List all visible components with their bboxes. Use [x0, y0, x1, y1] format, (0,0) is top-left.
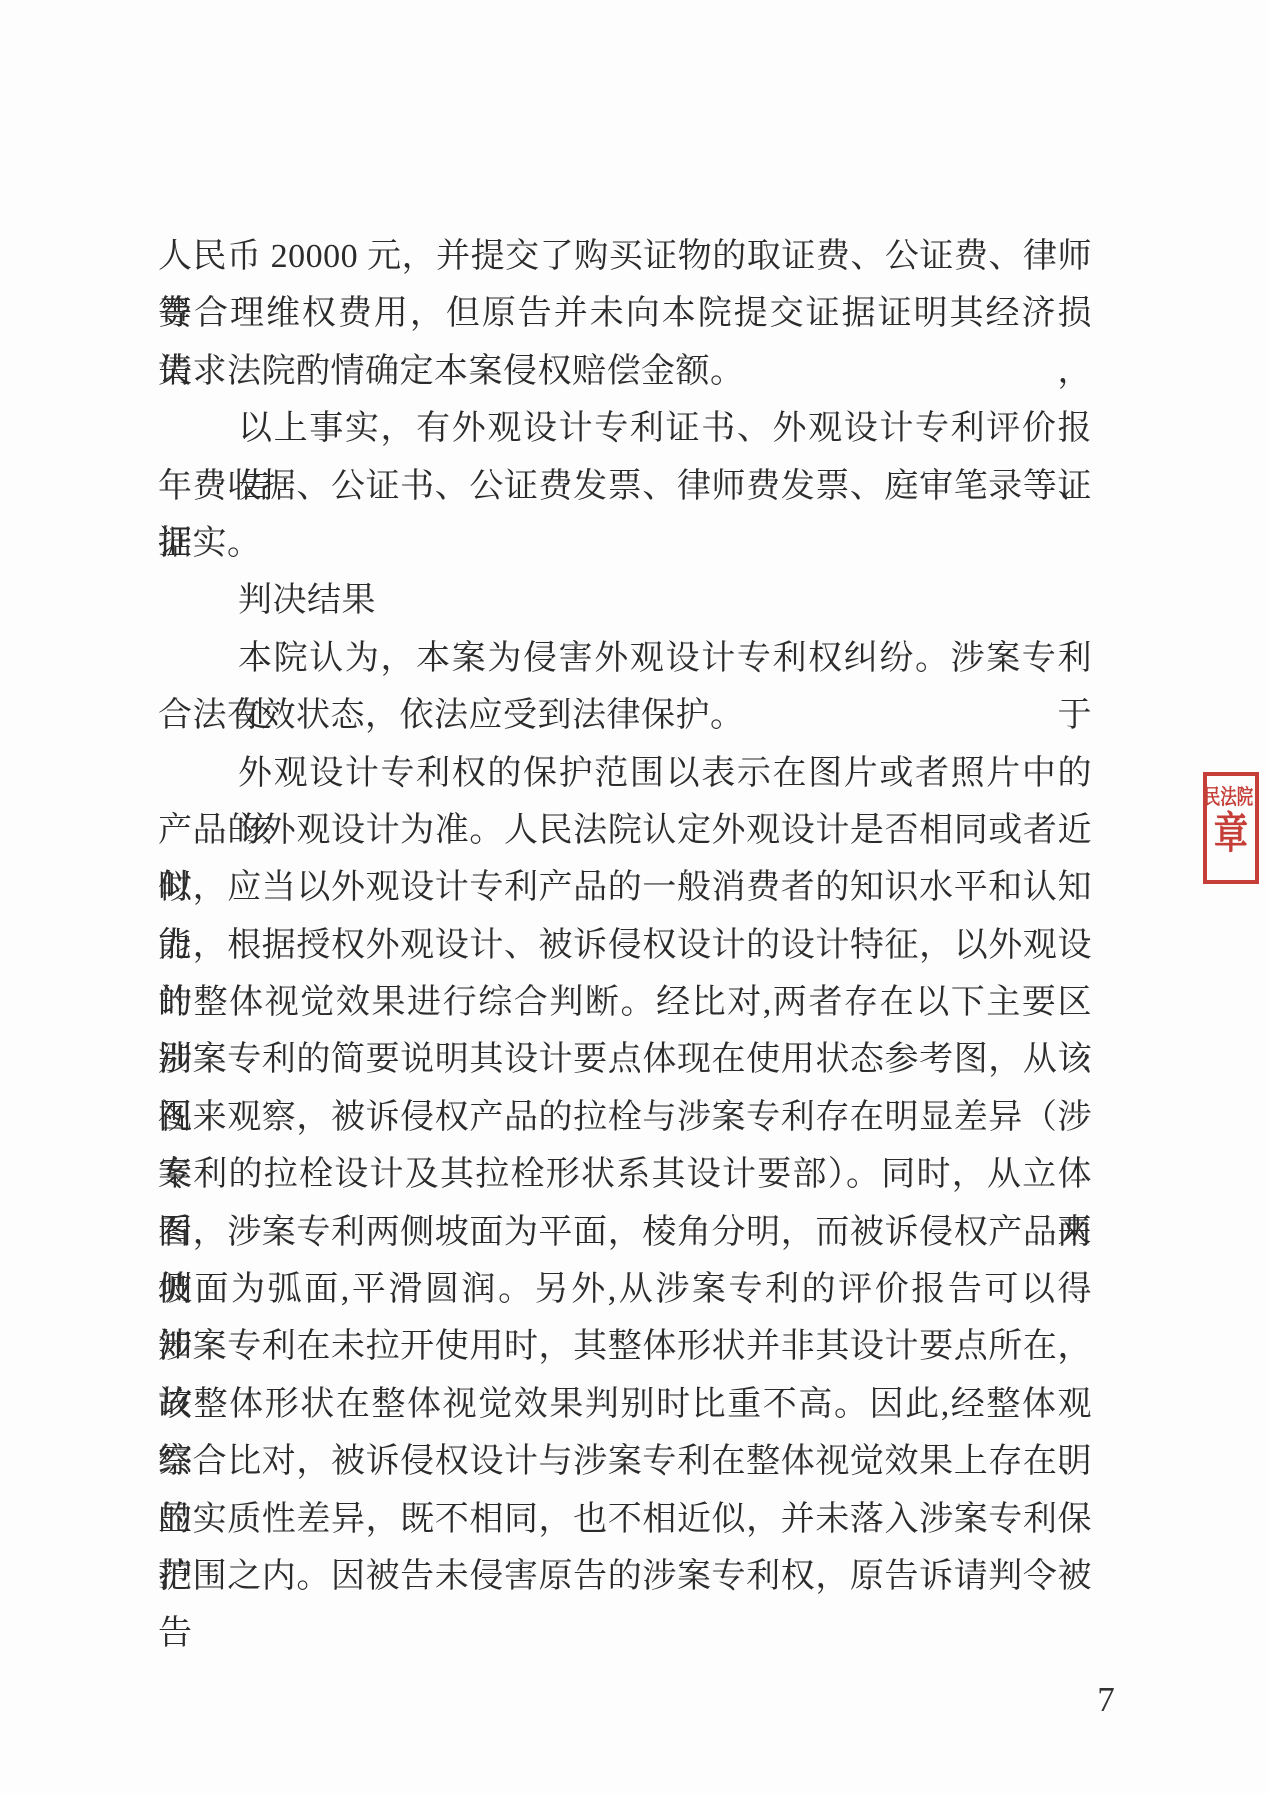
text-line: 涉案专利在未拉开使用时，其整体形状并非其设计要点所在，故	[158, 1318, 1092, 1375]
text-line: 看，涉案专利两侧坡面为平面，棱角分明，而被诉侵权产品两侧	[158, 1204, 1092, 1261]
court-seal-stamp: 民法院 章	[1203, 772, 1259, 884]
court-seal-text-bottom: 章	[1212, 813, 1250, 856]
text-line: 涉案专利的简要说明其设计要点体现在使用状态参考图，从该视	[158, 1031, 1092, 1088]
court-seal-text-top: 民法院	[1204, 787, 1244, 808]
text-line: 产品的外观设计为准。人民法院认定外观设计是否相同或者近似	[158, 802, 1092, 859]
text-line: 本院认为，本案为侵害外观设计专利权纠纷。涉案专利处于	[158, 630, 1092, 687]
page-number: 7	[1086, 1680, 1126, 1720]
text-line: 的整体视觉效果进行综合判断。经比对,两者存在以下主要区别:	[158, 974, 1092, 1031]
text-line: 综合比对，被诉侵权设计与涉案专利在整体视觉效果上存在明显	[158, 1433, 1092, 1490]
text-line: 以上事实，有外观设计专利证书、外观设计专利评价报告、	[158, 400, 1092, 457]
text-line: 时，应当以外观设计专利产品的一般消费者的知识水平和认知能	[158, 859, 1092, 916]
judgment-text-block: 人民币 20000 元，并提交了购买证物的取证费、公证费、律师费等合理维权费用，…	[158, 228, 1092, 1605]
text-line: 力，根据授权外观设计、被诉侵权设计的设计特征，以外观设计	[158, 917, 1092, 974]
text-line: 年费收据、公证书、公证费发票、律师费发票、庭审笔录等证据	[158, 458, 1092, 515]
text-line: 专利的拉栓设计及其拉栓形状系其设计要部）。同时，从立体图来	[158, 1146, 1092, 1203]
text-line: 图来观察，被诉侵权产品的拉栓与涉案专利存在明显差异（涉案	[158, 1089, 1092, 1146]
text-line: 范围之内。因被告未侵害原告的涉案专利权，原告诉请判令被告	[158, 1548, 1092, 1605]
text-line: 证实。	[158, 515, 1092, 572]
text-line: 坡面为弧面,平滑圆润。另外,从涉案专利的评价报告可以得知，	[158, 1261, 1092, 1318]
text-line: 的实质性差异，既不相同，也不相近似，并未落入涉案专利保护	[158, 1491, 1092, 1548]
text-line: 人民币 20000 元，并提交了购买证物的取证费、公证费、律师费	[158, 228, 1092, 285]
text-line: 该整体形状在整体视觉效果判别时比重不高。因此,经整体观察、	[158, 1376, 1092, 1433]
text-line: 判决结果	[158, 572, 1092, 629]
document-page: 人民币 20000 元，并提交了购买证物的取证费、公证费、律师费等合理维权费用，…	[0, 0, 1268, 1793]
text-line: 等合理维权费用，但原告并未向本院提交证据证明其经济损失，	[158, 285, 1092, 342]
text-line: 外观设计专利权的保护范围以表示在图片或者照片中的该	[158, 745, 1092, 802]
